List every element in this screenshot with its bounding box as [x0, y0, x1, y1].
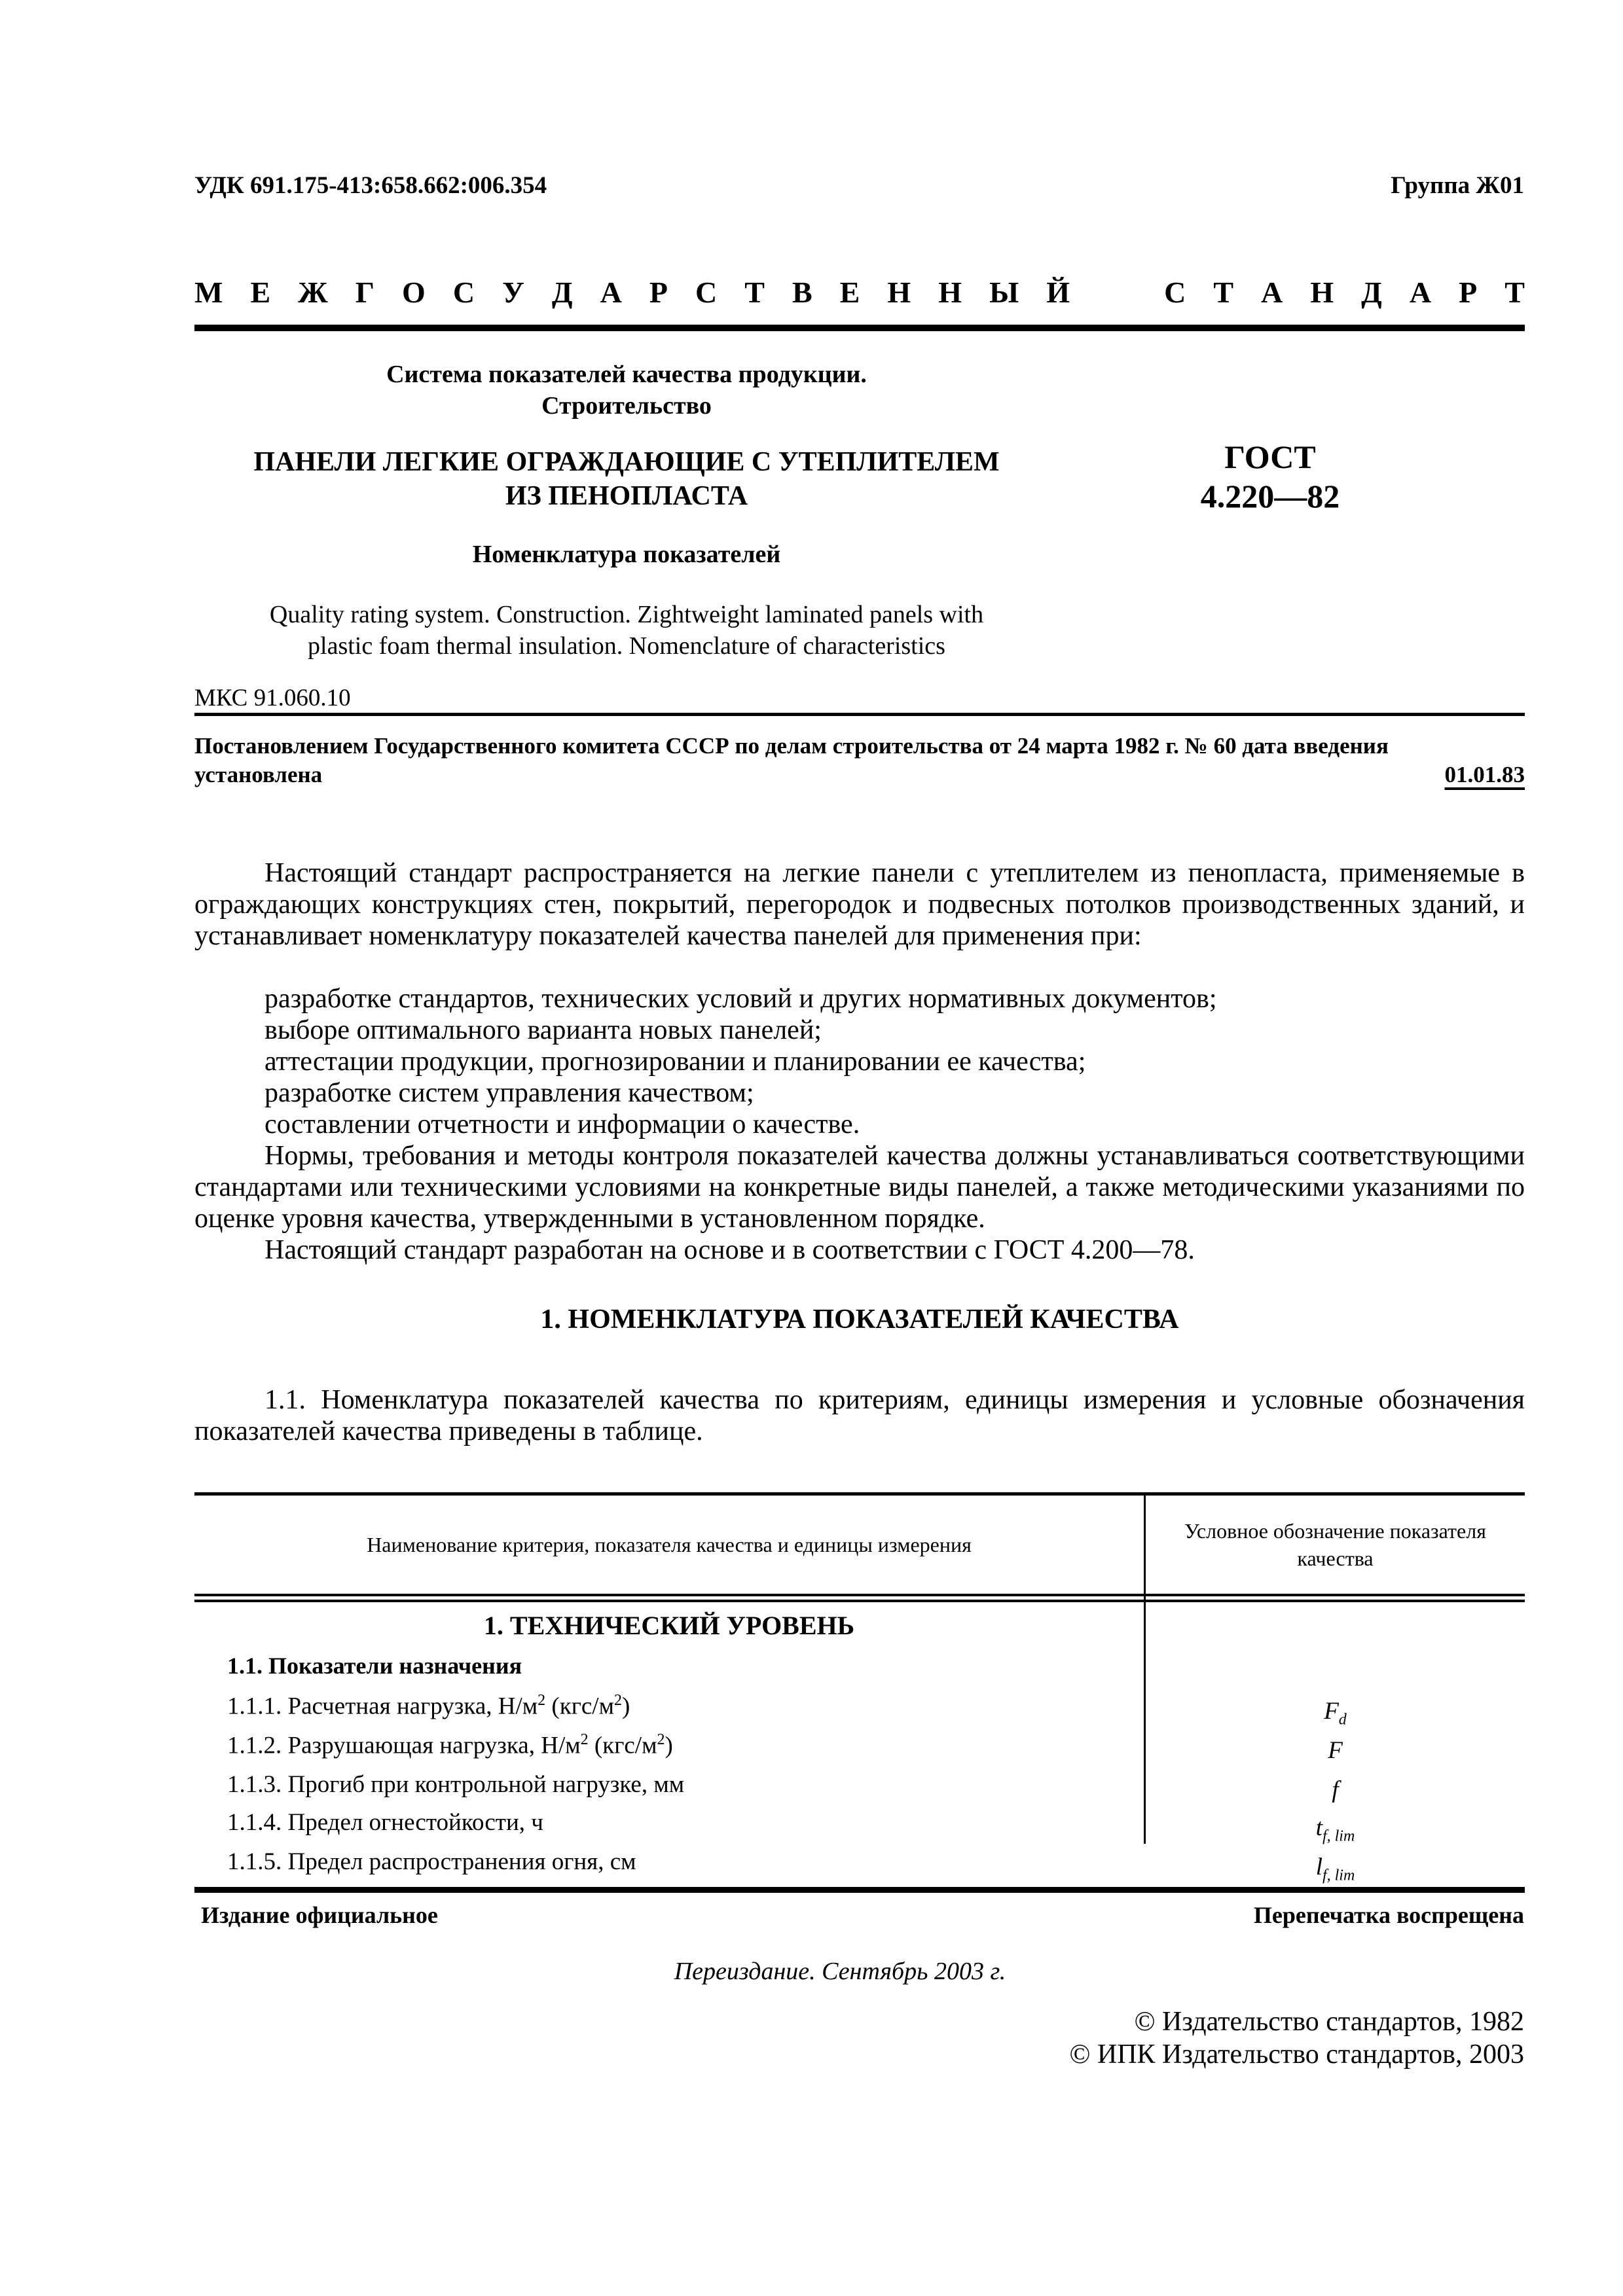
- table-row-symbol: f: [1146, 1776, 1525, 1804]
- heading-letter: Е: [840, 275, 860, 310]
- table-row-name: 1.1.4. Предел огнестойкости, ч: [227, 1808, 543, 1837]
- system-title: Система показателей качества продукции. …: [194, 359, 1059, 422]
- table-row-symbol: Fd: [1146, 1697, 1525, 1729]
- table-row-name: 1.1.5. Предел распространения огня, см: [227, 1848, 636, 1876]
- mks-rule: [194, 713, 1525, 716]
- heading-letter: Г: [356, 275, 374, 310]
- table-row-symbol: F: [1146, 1736, 1525, 1765]
- heading-letter: Д: [552, 275, 573, 310]
- heading-letter: М: [194, 275, 223, 310]
- basis-paragraph: Настоящий стандарт разработан на основе …: [194, 1234, 1525, 1266]
- no-reprint-label: Перепечатка воспрещена: [1254, 1901, 1524, 1929]
- system-title-line: Система показателей качества продукции.: [194, 359, 1059, 390]
- table-row-name: 1.1.2. Разрушающая нагрузка, Н/м2 (кгс/м…: [227, 1731, 673, 1759]
- table-section-title: 1. ТЕХНИЧЕСКИЙ УРОВЕНЬ: [194, 1610, 1144, 1641]
- decree-text-end: установлена: [194, 761, 322, 789]
- introduction-date: 01.01.83: [1445, 761, 1525, 789]
- document-title-line: ИЗ ПЕНОПЛАСТА: [194, 479, 1059, 513]
- heading-letter: Н: [1310, 275, 1334, 310]
- header-double-rule: [194, 1594, 1525, 1596]
- mks-code: МКС 91.060.10: [194, 684, 351, 712]
- list-item: составлении отчетности и информации о ка…: [264, 1109, 860, 1140]
- document-subtitle: Номенклатура показателей: [194, 540, 1059, 569]
- group-code: Группа Ж01: [1391, 171, 1524, 200]
- heading-letter: О: [402, 275, 426, 310]
- table-row-name: 1.1.1. Расчетная нагрузка, Н/м2 (кгс/м2): [227, 1692, 630, 1720]
- heading-letter: Т: [744, 275, 765, 310]
- clause-1-1: 1.1. Номенклатура показателей качества п…: [194, 1384, 1525, 1447]
- column-header-symbol: Условное обозначение показателя качества: [1146, 1496, 1525, 1594]
- heading-letter: Н: [938, 275, 962, 310]
- heading-letter: Ы: [989, 275, 1019, 310]
- decree-block: Постановлением Государственного комитета…: [194, 732, 1525, 789]
- heading-letter: Ж: [298, 275, 327, 310]
- heading-letter: Р: [649, 275, 668, 310]
- heading-letter: Т: [1504, 275, 1525, 310]
- copyright-1982: © Издательство стандартов, 1982: [1135, 2006, 1524, 2037]
- document-title: ПАНЕЛИ ЛЕГКИЕ ОГРАЖДАЮЩИЕ С УТЕПЛИТЕЛЕМ …: [194, 445, 1059, 513]
- udk-code: УДК 691.175-413:658.662:006.354: [194, 171, 547, 200]
- list-item: выборе оптимального варианта новых панел…: [264, 1014, 822, 1046]
- heading-letter: А: [600, 275, 622, 310]
- heading-letter: Е: [250, 275, 270, 310]
- intro-paragraph: Настоящий стандарт распространяется на л…: [194, 857, 1525, 952]
- table-subsection-title: 1.1. Показатели назначения: [227, 1652, 522, 1679]
- heading-letter: У: [502, 275, 524, 310]
- official-edition-label: Издание официальное: [201, 1901, 438, 1929]
- gost-number: 4.220—82: [1152, 476, 1388, 516]
- heading-letter: Т: [1213, 275, 1233, 310]
- norms-paragraph: Нормы, требования и методы контроля пока…: [194, 1140, 1525, 1234]
- bottom-rule: [194, 1887, 1525, 1893]
- top-rule: [194, 325, 1525, 331]
- standard-type-heading: МЕЖГОСУДАРСТВЕННЫЙСТАНДАРТ: [194, 275, 1525, 310]
- gost-designation: ГОСТ 4.220—82: [1152, 437, 1388, 516]
- table-row-symbol: tf, lim: [1146, 1814, 1525, 1845]
- list-item: разработке стандартов, технических услов…: [264, 983, 1217, 1014]
- english-title: Quality rating system. Construction. Zig…: [194, 599, 1059, 662]
- section-heading: 1. НОМЕНКЛАТУРА ПОКАЗАТЕЛЕЙ КАЧЕСТВА: [194, 1304, 1525, 1335]
- table-row-name: 1.1.3. Прогиб при контрольной нагрузке, …: [227, 1770, 684, 1799]
- document-title-line: ПАНЕЛИ ЛЕГКИЕ ОГРАЖДАЮЩИЕ С УТЕПЛИТЕЛЕМ: [194, 445, 1059, 479]
- heading-letter: Й: [1046, 275, 1070, 310]
- header-double-rule: [194, 1600, 1525, 1602]
- english-title-line: Quality rating system. Construction. Zig…: [194, 599, 1059, 630]
- heading-letter: А: [1261, 275, 1283, 310]
- heading-letter: Д: [1361, 275, 1382, 310]
- decree-text: Постановлением Государственного комитета…: [194, 732, 1525, 761]
- reissue-note: Переиздание. Сентябрь 2003 г.: [194, 1957, 1525, 1986]
- list-item: аттестации продукции, прогнозировании и …: [264, 1046, 1085, 1077]
- heading-letter: С: [453, 275, 475, 310]
- heading-letter: С: [1164, 275, 1186, 310]
- heading-letter: С: [695, 275, 717, 310]
- column-header-name: Наименование критерия, показателя качест…: [194, 1496, 1144, 1594]
- heading-letter: Р: [1459, 275, 1477, 310]
- heading-letter: Н: [887, 275, 911, 310]
- table-row-symbol: lf, lim: [1146, 1853, 1525, 1884]
- heading-letter: А: [1410, 275, 1431, 310]
- english-title-line: plastic foam thermal insulation. Nomencl…: [194, 630, 1059, 662]
- list-item: разработке систем управления качеством;: [264, 1077, 754, 1109]
- system-title-line: Строительство: [194, 390, 1059, 422]
- gost-label: ГОСТ: [1152, 437, 1388, 476]
- copyright-2003: © ИПК Издательство стандартов, 2003: [1069, 2039, 1524, 2070]
- heading-letter: В: [792, 275, 812, 310]
